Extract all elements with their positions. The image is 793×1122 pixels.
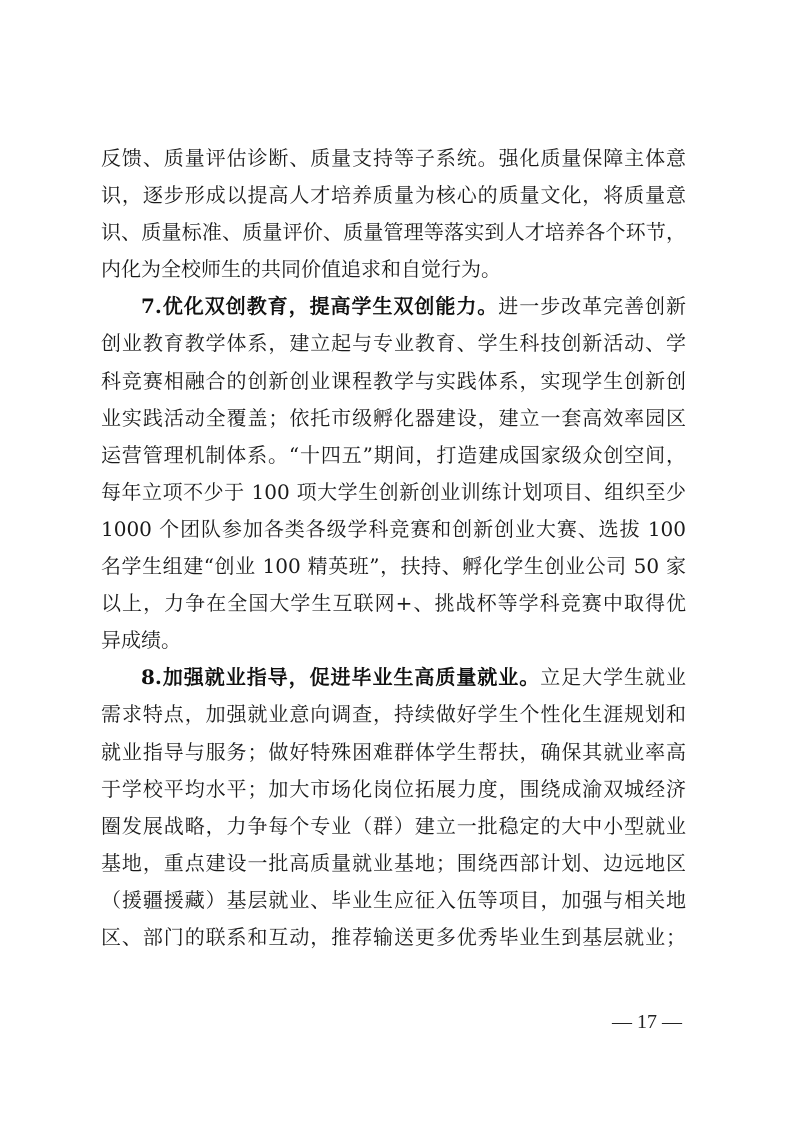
text-line: 以上，力争在全国大学生互联网+、挑战杯等学科竞赛中取得优 bbox=[101, 585, 686, 622]
section-8-text: 立足大学生就业 bbox=[540, 665, 686, 689]
section-7-heading: 7.优化双创教育，提高学生双创能力。 bbox=[141, 294, 498, 318]
text-line: （援疆援藏）基层就业、毕业生应征入伍等项目，加强与相关地 bbox=[101, 882, 686, 919]
text-line: 区、部门的联系和互动，推荐输送更多优秀毕业生到基层就业； bbox=[101, 919, 686, 956]
section-7-text: 进一步改革完善创新 bbox=[498, 294, 686, 318]
section-8-first-line: 8.加强就业指导，促进毕业生高质量就业。立足大学生就业 bbox=[101, 659, 686, 696]
text-line: 识、质量标准、质量评价、质量管理等落实到人才培养各个环节， bbox=[101, 214, 686, 251]
text-line: 创业教育教学体系，建立起与专业教育、学生科技创新活动、学 bbox=[101, 325, 686, 362]
text-line: 就业指导与服务；做好特殊困难群体学生帮扶，确保其就业率高 bbox=[101, 734, 686, 771]
text-line: 于学校平均水平；加大市场化岗位拓展力度，围绕成渝双城经济 bbox=[101, 771, 686, 808]
text-line: 需求特点，加强就业意向调查，持续做好学生个性化生涯规划和 bbox=[101, 696, 686, 733]
text-line: 反馈、质量评估诊断、质量支持等子系统。强化质量保障主体意 bbox=[101, 140, 686, 177]
text-line: 科竞赛相融合的创新创业课程教学与实践体系，实现学生创新创 bbox=[101, 363, 686, 400]
text-line: 内化为全校师生的共同价值追求和自觉行为。 bbox=[101, 251, 686, 288]
section-8-heading: 8.加强就业指导，促进毕业生高质量就业。 bbox=[141, 665, 540, 689]
text-line: 1000 个团队参加各类各级学科竞赛和创新创业大赛、选拔 100 bbox=[101, 511, 686, 548]
text-line: 识，逐步形成以提高人才培养质量为核心的质量文化，将质量意 bbox=[101, 177, 686, 214]
body-text: 反馈、质量评估诊断、质量支持等子系统。强化质量保障主体意 识，逐步形成以提高人才… bbox=[101, 140, 686, 956]
document-page: 反馈、质量评估诊断、质量支持等子系统。强化质量保障主体意 识，逐步形成以提高人才… bbox=[0, 0, 793, 1122]
section-7-first-line: 7.优化双创教育，提高学生双创能力。进一步改革完善创新 bbox=[101, 288, 686, 325]
text-line: 异成绩。 bbox=[101, 622, 686, 659]
text-line: 基地，重点建设一批高质量就业基地；围绕西部计划、边远地区 bbox=[101, 845, 686, 882]
page-number: — 17 — bbox=[612, 1011, 682, 1034]
text-line: 运营管理机制体系。“十四五”期间，打造建成国家级众创空间， bbox=[101, 437, 686, 474]
text-line: 名学生组建“创业 100 精英班”，扶持、孵化学生创业公司 50 家 bbox=[101, 548, 686, 585]
text-line: 每年立项不少于 100 项大学生创新创业训练计划项目、组织至少 bbox=[101, 474, 686, 511]
text-line: 业实践活动全覆盖；依托市级孵化器建设，建立一套高效率园区 bbox=[101, 400, 686, 437]
text-line: 圈发展战略，力争每个专业（群）建立一批稳定的大中小型就业 bbox=[101, 808, 686, 845]
